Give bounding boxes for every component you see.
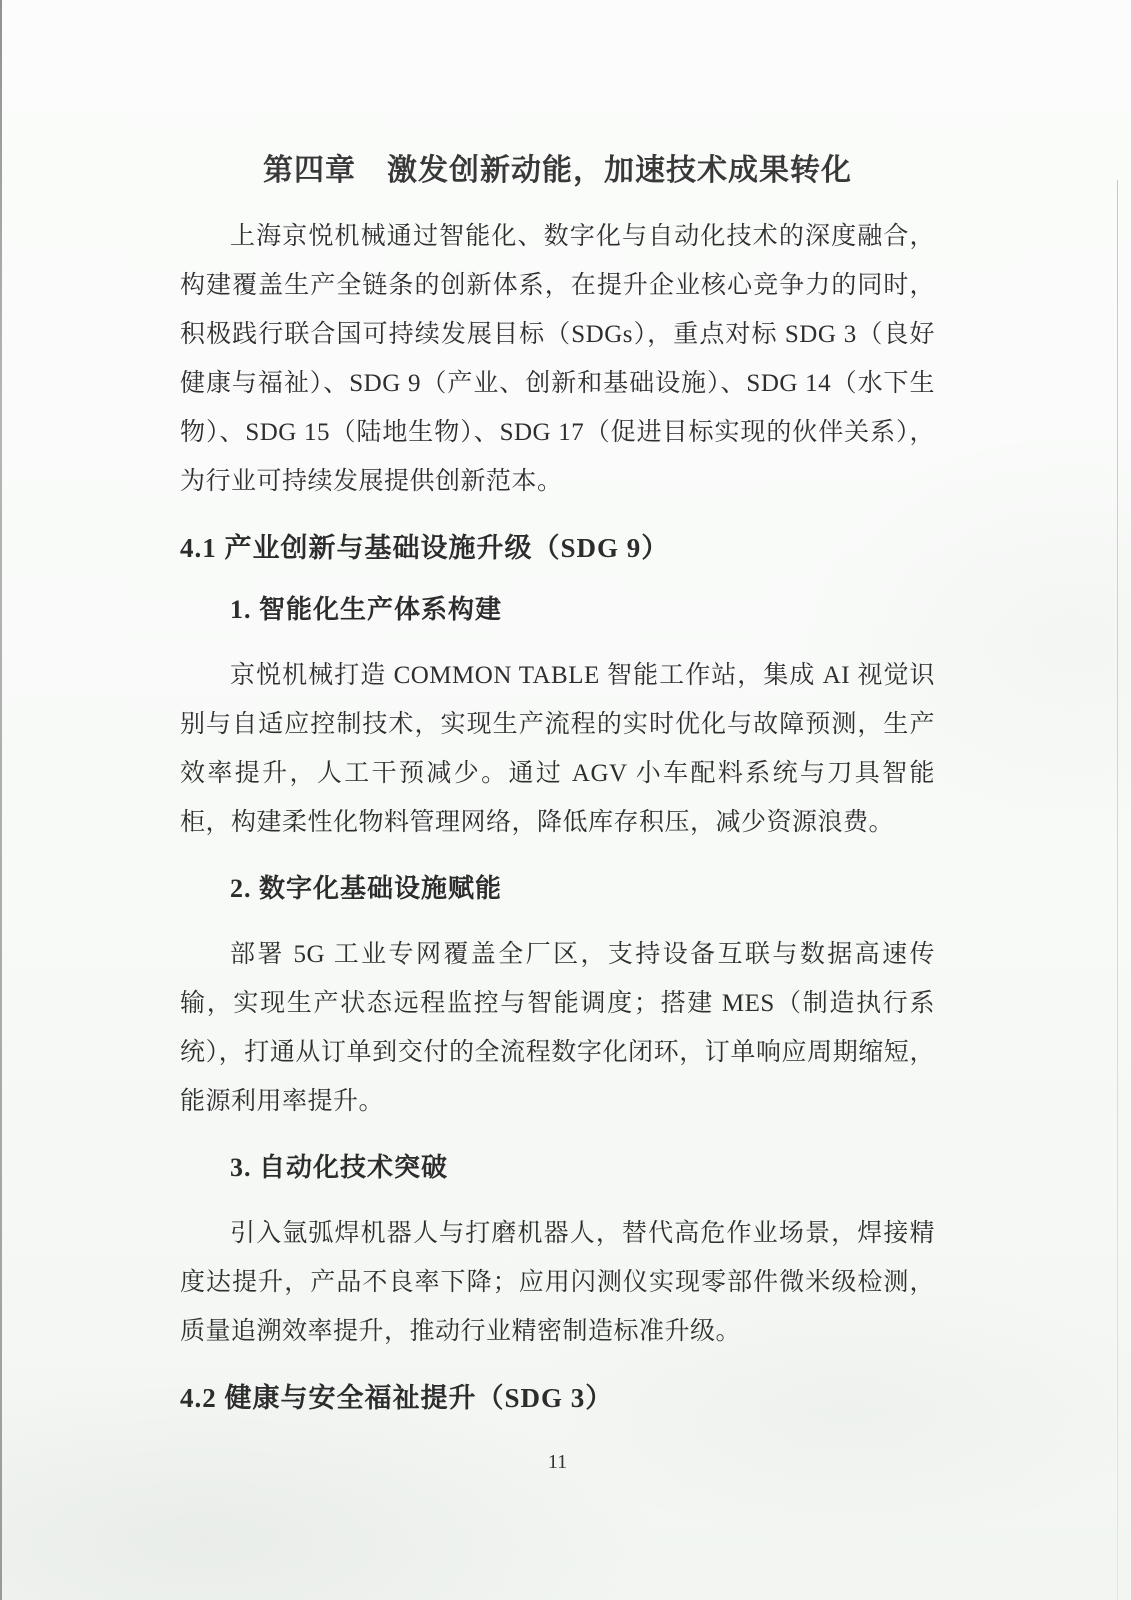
subsection-3-body: 引入氩弧焊机器人与打磨机器人，替代高危作业场景，焊接精度达提升，产品不良率下降；… [180, 1209, 935, 1356]
page-content: 第四章 激发创新动能，加速技术成果转化 上海京悦机械通过智能化、数字化与自动化技… [180, 0, 935, 1418]
subsection-3-heading: 3. 自动化技术突破 [230, 1148, 935, 1188]
intro-paragraph: 上海京悦机械通过智能化、数字化与自动化技术的深度融合，构建覆盖生产全链条的创新体… [180, 212, 935, 506]
chapter-title: 第四章 激发创新动能，加速技术成果转化 [180, 150, 935, 192]
subsection-1-heading: 1. 智能化生产体系构建 [230, 590, 935, 630]
scan-edge-artifact-left [0, 0, 2, 1600]
subsection-2-body: 部署 5G 工业专网覆盖全厂区，支持设备互联与数据高速传输，实现生产状态远程监控… [180, 930, 935, 1126]
section-4-1-heading: 4.1 产业创新与基础设施升级（SDG 9） [180, 528, 935, 568]
section-4-2-heading: 4.2 健康与安全福祉提升（SDG 3） [180, 1378, 935, 1418]
page-number: 11 [180, 1448, 935, 1476]
subsection-2-heading: 2. 数字化基础设施赋能 [230, 869, 935, 909]
scan-edge-artifact-right [1117, 180, 1118, 1600]
document-page: 第四章 激发创新动能，加速技术成果转化 上海京悦机械通过智能化、数字化与自动化技… [0, 0, 1131, 1600]
subsection-1-body: 京悦机械打造 COMMON TABLE 智能工作站，集成 AI 视觉识别与自适应… [180, 651, 935, 847]
